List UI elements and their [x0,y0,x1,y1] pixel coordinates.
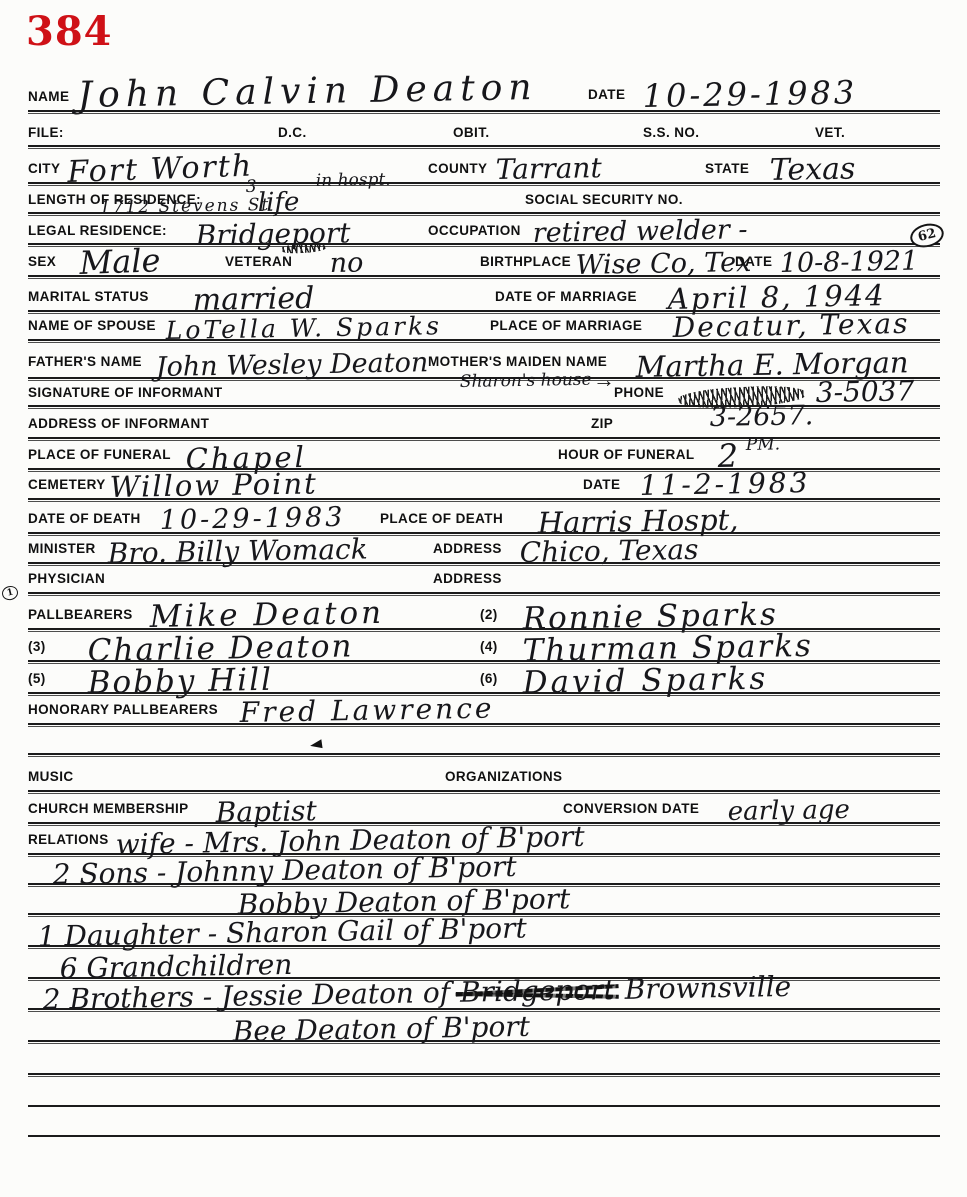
informant-note: Sharon's house [460,372,592,391]
physician-label: PHYSICIAN [28,571,105,586]
informant-address-label: ADDRESS OF INFORMANT [28,416,209,431]
hour-sup: PM. [746,436,781,454]
arrow-icon: → [593,367,615,393]
place-of-death-label: PLACE OF DEATH [380,511,503,526]
relations-label: RELATIONS [28,832,109,847]
birthplace-label: BIRTHPLACE [480,254,571,269]
date-of-death-label: DATE OF DEATH [28,511,141,526]
margin-mark-badge: 1 [1,584,20,602]
sex-label: SEX [28,254,56,269]
phone-label: PHONE [614,385,664,400]
birthplace-value: Wise Co, Tex [576,249,752,279]
date-label: DATE [588,87,625,102]
row-legal-residence: 1712 Stevens St LEGAL RESIDENCE: Bridgep… [28,214,940,245]
row-pallbearers-3: (5) Bobby Hill (6) David Sparks [28,662,940,694]
date-value: 10-29-1983 [642,76,857,112]
city-value: Fort Worth [67,152,254,188]
father-label: FATHER'S NAME [28,354,142,369]
burial-date-value: 11-2-1983 [640,469,811,500]
veteran-scribble [280,243,326,254]
birth-date-label: DATE [735,254,772,269]
row-physician: PHYSICIAN ADDRESS [28,564,940,594]
vet-label: VET. [815,125,845,140]
residence-sup: 3 [246,179,257,196]
pallbearer-6-number: (6) [480,671,498,686]
zip-label: ZIP [591,416,613,431]
file-label: FILE: [28,125,64,140]
row-minister: MINISTER Bro. Billy Womack ADDRESS Chico… [28,534,940,564]
conversion-date-value: early age [728,797,851,825]
honorary-pallbearer: Fred Lawrence [240,695,495,727]
place-of-funeral-label: PLACE OF FUNERAL [28,447,171,462]
church-membership-label: CHURCH MEMBERSHIP [28,801,189,816]
row-blank-d [28,1106,940,1137]
date-of-death-value: 10-29-1983 [160,504,346,534]
row-music: MUSIC ORGANIZATIONS [28,755,940,792]
marriage-place-value: Decatur, Texas [673,310,910,342]
informant-signature-label: SIGNATURE OF INFORMANT [28,385,223,400]
marriage-date-label: DATE OF MARRIAGE [495,289,637,304]
pallbearer-3-number: (3) [28,639,46,654]
row-relations-7: Bee Deaton of B'port [28,1009,940,1042]
marriage-place-label: PLACE OF MARRIAGE [490,318,642,333]
row-city: CITY Fort Worth in hospt. COUNTY Tarrant… [28,148,940,184]
dc-label: D.C. [278,125,307,140]
county-label: COUNTY [428,161,487,176]
row-name: NAME John Calvin Deaton DATE 10-29-1983 [28,58,940,112]
sex-value: Male [79,244,161,279]
county-value: Tarrant [496,154,602,184]
row-blank-c [28,1074,940,1107]
mother-label: MOTHER'S MAIDEN NAME [428,354,607,369]
row-death: DATE OF DEATH 10-29-1983 PLACE OF DEATH … [28,500,940,534]
mark-icon [309,739,322,750]
spouse-label: NAME OF SPOUSE [28,318,156,333]
relation-line-brothers: 2 Brothers - Jessie Deaton ofBridgeportB… [43,973,792,1014]
row-relations-3: Bobby Deaton of B'port [28,884,940,915]
row-marital: MARITAL STATUS married DATE OF MARRIAGE … [28,277,940,312]
row-honorary-pallbearers: HONORARY PALLBEARERS Fred Lawrence [28,694,940,725]
obit-label: OBIT. [453,125,490,140]
birth-date-value: 10-8-1921 [780,248,919,277]
physician-address-label: ADDRESS [433,571,502,586]
father-value: John Wesley Deaton [156,349,429,381]
conversion-date-label: CONVERSION DATE [563,801,699,816]
row-relations-2: 2 Sons - Johnny Deaton of B'port [28,854,940,885]
minister-address-label: ADDRESS [433,541,502,556]
ssn-label: SOCIAL SECURITY NO. [525,192,683,207]
row-relations-6: 2 Brothers - Jessie Deaton ofBridgeportB… [28,978,940,1010]
legal-residence-above: 1712 Stevens St [100,197,271,217]
veteran-label: VETERAN [225,254,292,269]
pallbearer-4-number: (4) [480,639,498,654]
minister-address-value: Chico, Texas [520,536,699,567]
pallbearer-5-number: (5) [28,671,46,686]
row-sex-veteran-birth: SEX Male VETERAN no BIRTHPLACE Wise Co, … [28,245,940,277]
phone-value: 3-5037 [816,377,915,407]
relation-line-suffix: Brownsville [624,970,791,1006]
burial-date-label: DATE [583,477,620,492]
row-relations-5: 6 Grandchildren [28,946,940,979]
legal-residence-label: LEGAL RESIDENCE: [28,223,167,238]
minister-label: MINISTER [28,541,96,556]
spouse-value: LoTella W. Sparks [166,313,443,343]
page-number: 384 [26,8,113,55]
name-value: John Calvin Deaton [77,70,537,114]
occupation-label: OCCUPATION [428,223,521,238]
name-label: NAME [28,89,69,104]
marital-label: MARITAL STATUS [28,289,149,304]
veteran-value: no [330,249,364,277]
honorary-pallbearers-label: HONORARY PALLBEARERS [28,702,218,717]
row-cemetery: CEMETERY Willow Point DATE 11-2-1983 [28,470,940,500]
organizations-label: ORGANIZATIONS [445,769,562,784]
occupation-value: retired welder - [533,216,748,247]
relation-crossed-out-city: Bridgeport [460,976,615,1007]
cemetery-value: Willow Point [109,469,318,502]
state-value: Texas [769,155,855,186]
pallbearers-label: PALLBEARERS [28,607,133,622]
zip-note: 3-2657. [710,402,814,431]
hour-of-funeral-label: HOUR OF FUNERAL [558,447,695,462]
ssno-label: S.S. NO. [643,125,699,140]
row-church: CHURCH MEMBERSHIP Baptist CONVERSION DAT… [28,792,940,824]
music-label: MUSIC [28,769,74,784]
row-spouse: NAME OF SPOUSE LoTella W. Sparks PLACE O… [28,312,940,341]
city-label: CITY [28,161,60,176]
row-file-header: FILE: D.C. OBIT. S.S. NO. VET. [28,116,940,147]
pallbearer-2-number: (2) [480,607,498,622]
row-relations-4: 1 Daughter - Sharon Gail of B'port [28,914,940,947]
scanned-funeral-record-card: 384 NAME John Calvin Deaton DATE 10-29-1… [0,0,967,1197]
row-blank-b [28,1041,940,1075]
cemetery-label: CEMETERY [28,477,106,492]
row-pallbearers-1: 1 PALLBEARERS Mike Deaton (2) Ronnie Spa… [28,594,940,630]
row-pallbearers-2: (3) Charlie Deaton (4) Thurman Sparks [28,630,940,662]
state-label: STATE [705,161,749,176]
row-informant-address: ADDRESS OF INFORMANT ZIP 3-2657. [28,407,940,439]
row-blank-a [28,725,940,755]
